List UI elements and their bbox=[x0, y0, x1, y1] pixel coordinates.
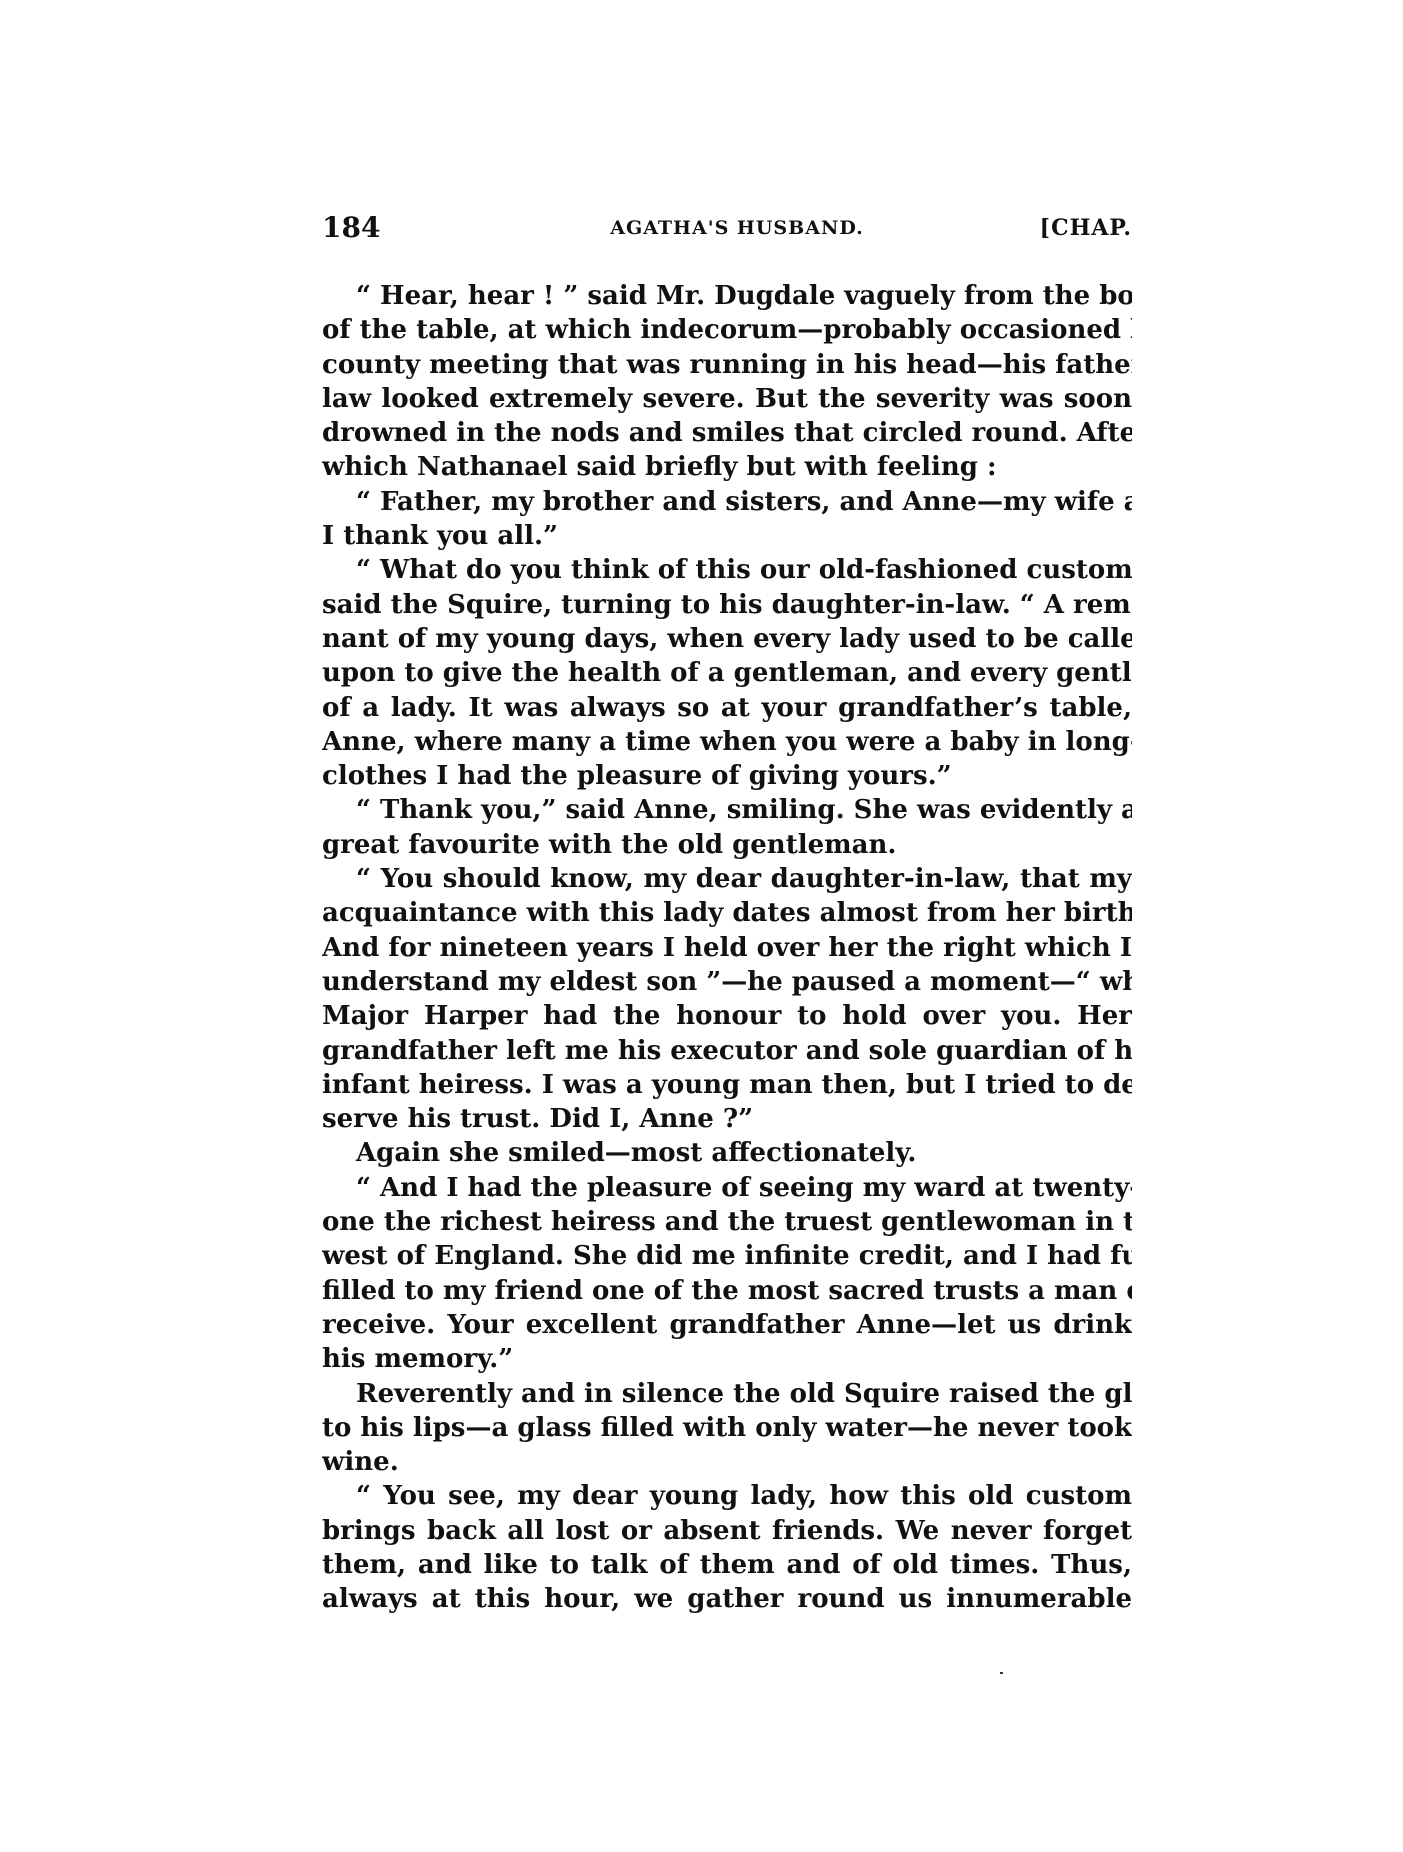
running-head: 184 AGATHA'S HUSBAND. [CHAP. bbox=[322, 205, 1132, 249]
text-line: always at this hour, we gather round us … bbox=[322, 1582, 1132, 1616]
text-line: serve his trust. Did I, Anne ?” bbox=[322, 1102, 1132, 1136]
text-line: “ Father, my brother and sisters, and An… bbox=[322, 485, 1132, 519]
book-page: 184 AGATHA'S HUSBAND. [CHAP. “ Hear, hea… bbox=[322, 205, 1132, 1617]
text-line: them, and like to talk of them and of ol… bbox=[322, 1548, 1132, 1582]
text-line: Anne, where many a time when you were a … bbox=[322, 725, 1132, 759]
text-line: And for nineteen years I held over her t… bbox=[322, 931, 1132, 965]
text-line: one the richest heiress and the truest g… bbox=[322, 1205, 1132, 1239]
text-line: filled to my friend one of the most sacr… bbox=[322, 1274, 1132, 1308]
text-line: of the table, at which indecorum—probabl… bbox=[322, 313, 1132, 347]
text-line: Major Harper had the honour to hold over… bbox=[322, 999, 1132, 1033]
text-line: nant of my young days, when every lady u… bbox=[322, 622, 1132, 656]
text-line: upon to give the health of a gentleman, … bbox=[322, 656, 1132, 690]
text-line: of a lady. It was always so at your gran… bbox=[322, 691, 1132, 725]
text-line: Again she smiled—most affectionately. bbox=[322, 1136, 1132, 1170]
text-line: clothes I had the pleasure of giving you… bbox=[322, 759, 1132, 793]
text-line: “ You should know, my dear daughter-in-l… bbox=[322, 862, 1132, 896]
text-line: infant heiress. I was a young man then, … bbox=[322, 1068, 1132, 1102]
body-text: “ Hear, hear ! ” said Mr. Dugdale vaguel… bbox=[322, 279, 1132, 1617]
text-line: law looked extremely severe. But the sev… bbox=[322, 382, 1132, 416]
text-line: west of England. She did me infinite cre… bbox=[322, 1239, 1132, 1273]
text-line: county meeting that was running in his h… bbox=[322, 348, 1132, 382]
text-line: to his lips—a glass filled with only wat… bbox=[322, 1411, 1132, 1445]
text-line: “ Hear, hear ! ” said Mr. Dugdale vaguel… bbox=[322, 279, 1132, 313]
text-line: his memory.” bbox=[322, 1342, 1132, 1376]
chapter-marker: [CHAP. bbox=[1040, 215, 1132, 241]
text-line: said the Squire, turning to his daughter… bbox=[322, 588, 1132, 622]
scan-speck bbox=[1000, 1672, 1003, 1674]
text-line: “ You see, my dear young lady, how this … bbox=[322, 1479, 1132, 1513]
text-line: I thank you all.” bbox=[322, 519, 1132, 553]
text-line: great favourite with the old gentleman. bbox=[322, 828, 1132, 862]
text-line: understand my eldest son ”—he paused a m… bbox=[322, 965, 1132, 999]
text-line: “ What do you think of this our old-fash… bbox=[322, 553, 1132, 587]
text-line: drowned in the nods and smiles that circ… bbox=[322, 416, 1132, 450]
text-line: which Nathanael said briefly but with fe… bbox=[322, 450, 1132, 484]
text-line: receive. Your excellent grandfather Anne… bbox=[322, 1308, 1132, 1342]
book-title: AGATHA'S HUSBAND. bbox=[322, 217, 1132, 239]
text-line: grandfather left me his executor and sol… bbox=[322, 1034, 1132, 1068]
text-line: “ Thank you,” said Anne, smiling. She wa… bbox=[322, 793, 1132, 827]
text-line: “ And I had the pleasure of seeing my wa… bbox=[322, 1171, 1132, 1205]
text-line: brings back all lost or absent friends. … bbox=[322, 1514, 1132, 1548]
text-line: wine. bbox=[322, 1445, 1132, 1479]
text-line: Reverently and in silence the old Squire… bbox=[322, 1377, 1132, 1411]
text-line: acquaintance with this lady dates almost… bbox=[322, 896, 1132, 930]
